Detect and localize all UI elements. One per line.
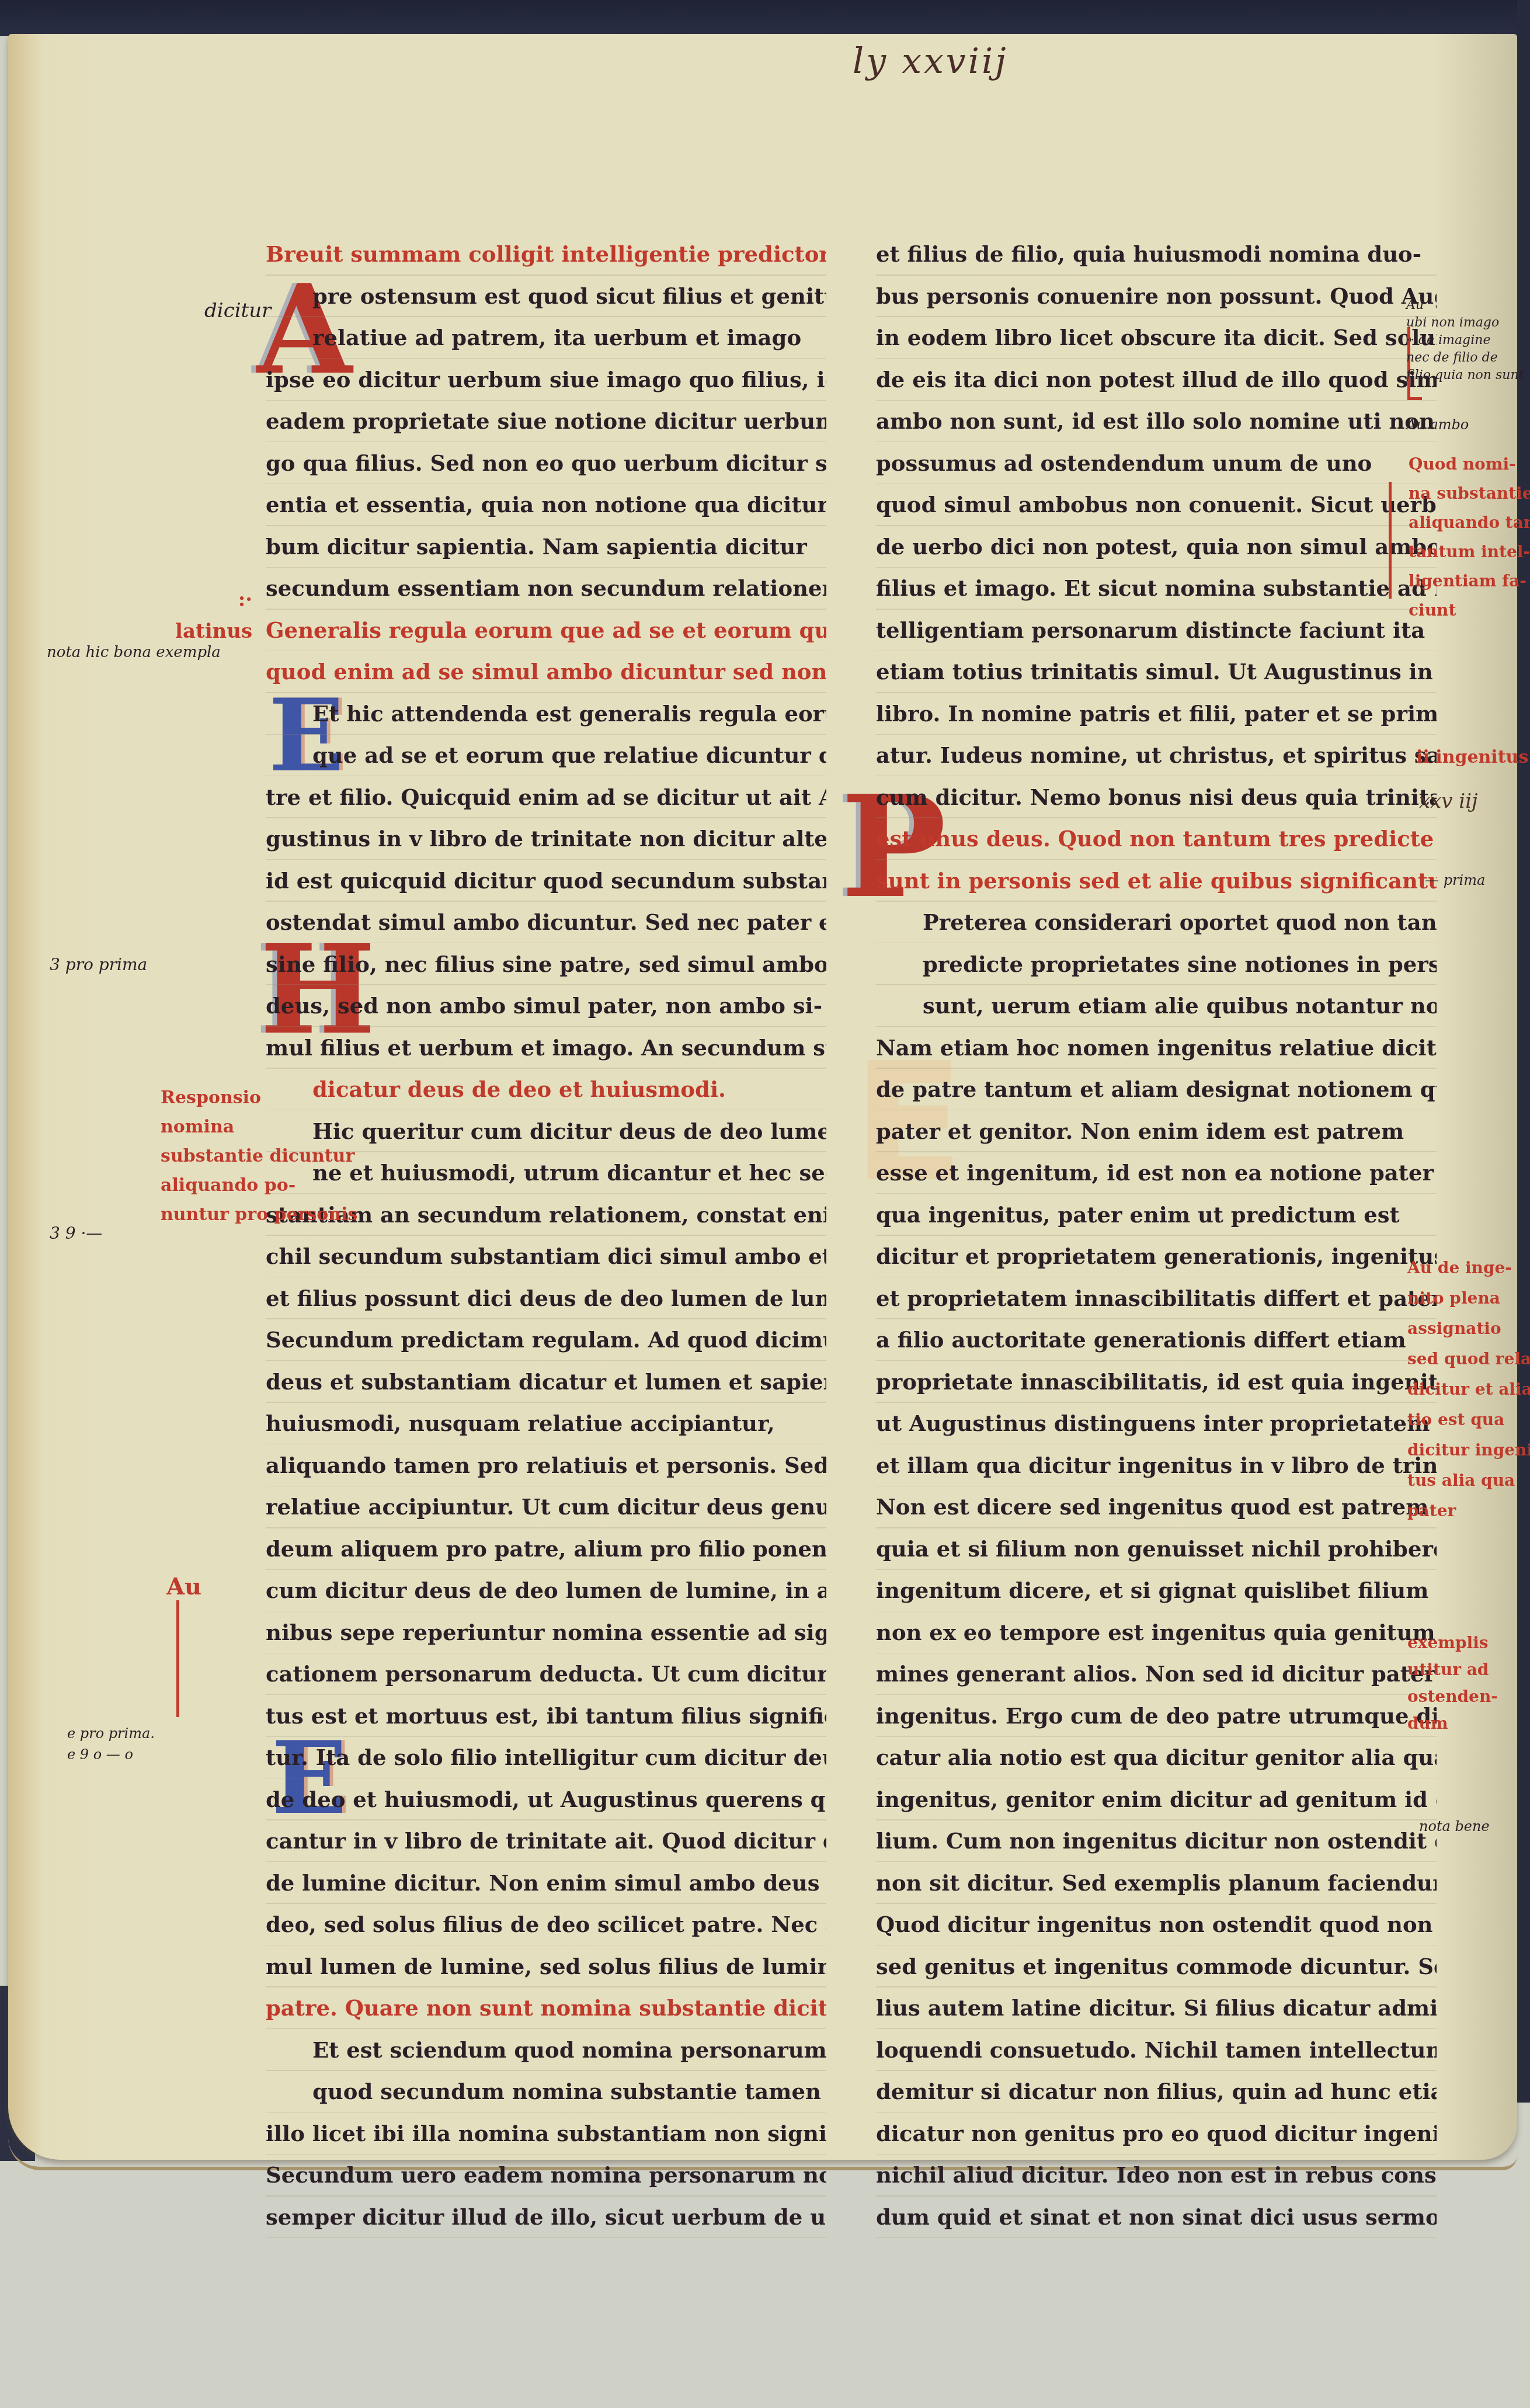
- text-line: nibus sepe reperiuntur nomina essentie a…: [266, 1612, 826, 1654]
- margin-note-right: Au ambo: [1406, 409, 1469, 440]
- text-line: gustinus in v libro de trinitate non dic…: [266, 818, 826, 860]
- text-line: Et hic attendenda est generalis regula e…: [266, 693, 826, 735]
- text-line: libro. In nomine patris et filii, pater …: [876, 693, 1437, 735]
- text-line: et filius possunt dici deus de deo lumen…: [266, 1278, 826, 1320]
- text-line: chil secundum substantiam dici simul amb…: [266, 1236, 826, 1278]
- text-line: possumus ad ostendendum unum de uno: [876, 443, 1437, 485]
- rubric-heading: est unus deus. Quod non tantum tres pred…: [876, 818, 1437, 860]
- text-line: filius et imago. Et sicut nomina substan…: [876, 568, 1437, 610]
- text-line: bus personis conuenire non possunt. Quod…: [876, 276, 1437, 318]
- margin-note-left: 3 pro prima: [50, 949, 147, 981]
- text-line: tus est et mortuus est, ibi tantum filiu…: [266, 1695, 826, 1738]
- text-line: lium. Cum non ingenitus dicitur non oste…: [876, 1820, 1437, 1863]
- rubric-heading: Generalis regula eorum que ad se et eoru…: [266, 610, 826, 652]
- text-line: atur. Iudeus nomine, ut christus, et spi…: [876, 735, 1437, 777]
- text-line: cum dicitur deus de deo lumen de lumine,…: [266, 1570, 826, 1612]
- text-line: semper dicitur illud de illo, sicut uerb…: [266, 2197, 826, 2239]
- text-line: de uerbo dici non potest, quia non simul…: [876, 526, 1437, 568]
- text-line: relatiue ad patrem, ita uerbum et imago: [266, 317, 826, 359]
- text-line: quod simul ambobus non conuenit. Sicut u…: [876, 484, 1437, 526]
- text-line: go qua filius. Sed non eo quo uerbum dic…: [266, 443, 826, 485]
- margin-note-right: — prima: [1425, 864, 1485, 896]
- text-line: ut Augustinus distinguens inter propriet…: [876, 1403, 1437, 1445]
- text-line: illo licet ibi illa nomina substantiam n…: [266, 2113, 826, 2155]
- text-line: de patre tantum et aliam designat notion…: [876, 1069, 1437, 1111]
- margin-note-right-rubric: exemplis utitur ad ostenden- dum: [1407, 1629, 1498, 1737]
- text-line: relatiue accipiuntur. Ut cum dicitur deu…: [266, 1486, 826, 1528]
- margin-note-left-rubric: Au: [166, 1571, 201, 1603]
- margin-bracket: [1389, 482, 1392, 599]
- margin-pointer-line: [176, 1600, 179, 1717]
- text-line: predicte proprietates sine notiones in p…: [876, 944, 1437, 986]
- text-line: entia et essentia, quia non notione qua …: [266, 484, 826, 526]
- text-column-left: Breuit summam colligit intelligentie pre…: [266, 234, 826, 2238]
- text-line: quod secundum nomina substantie tamen di…: [266, 2071, 826, 2113]
- rubric-heading: patre. Quare non sunt nomina substantie …: [266, 1987, 826, 2030]
- text-line: loquendi consuetudo. Nichil tamen intell…: [876, 2030, 1437, 2072]
- text-line: nichil aliud dicitur. Ideo non est in re…: [876, 2155, 1437, 2197]
- text-line: demitur si dicatur non filius, quin ad h…: [876, 2071, 1437, 2113]
- text-line: tur. Ita de solo filio intelligitur cum …: [266, 1737, 826, 1779]
- text-line: Secundum predictam regulam. Ad quod dici…: [266, 1319, 826, 1361]
- margin-note-right-rubric: Au de inge- nito plena assignatio sed qu…: [1407, 1253, 1530, 1526]
- text-line: lius autem latine dicitur. Si filius dic…: [876, 1987, 1437, 2030]
- text-column-right: et filius de filio, quia huiusmodi nomin…: [876, 234, 1437, 2238]
- text-line: bum dicitur sapientia. Nam sapientia dic…: [266, 526, 826, 568]
- text-line: de lumine dicitur. Non enim simul ambo d…: [266, 1863, 826, 1905]
- text-line: proprietate innascibilitatis, id est qui…: [876, 1361, 1437, 1403]
- text-line: de deo et huiusmodi, ut Augustinus quere…: [266, 1779, 826, 1821]
- text-line: ingenitum dicere, et si gignat quislibet…: [876, 1570, 1437, 1612]
- text-line: sine filio, nec filius sine patre, sed s…: [266, 944, 826, 986]
- text-line: secundum essentiam non secundum relation…: [266, 568, 826, 610]
- margin-note-left-rubric: Responsio nomina substantie dicuntur ali…: [161, 1083, 357, 1229]
- margin-note-right-rubric: ii ingenitus: [1416, 742, 1528, 773]
- rubric-heading: Breuit summam colligit intelligentie pre…: [266, 234, 826, 276]
- text-line: qua ingenitus, pater enim ut predictum e…: [876, 1194, 1437, 1236]
- text-line: Quod dicitur ingenitus non ostendit quod…: [876, 1904, 1437, 1946]
- text-line: tre et filio. Quicquid enim ad se dicitu…: [266, 777, 826, 819]
- text-line: Nam etiam hoc nomen ingenitus relatiue d…: [876, 1027, 1437, 1069]
- text-line: dicatur non genitus pro eo quod dicitur …: [876, 2113, 1437, 2155]
- margin-note-right: nota bene: [1419, 1811, 1490, 1842]
- text-line: deum aliquem pro patre, alium pro filio …: [266, 1528, 826, 1570]
- text-line: pater et genitor. Non enim idem est patr…: [876, 1111, 1437, 1153]
- text-line: ambo non sunt, id est illo solo nomine u…: [876, 401, 1437, 443]
- text-line: quia et si filium non genuisset nichil p…: [876, 1528, 1437, 1570]
- text-line: sunt, uerum etiam alie quibus notantur n…: [876, 985, 1437, 1027]
- text-line: Non est dicere sed ingenitus quod est pa…: [876, 1486, 1437, 1528]
- text-line: ingenitus. Ergo cum de deo patre utrumqu…: [876, 1695, 1437, 1738]
- text-line: pre ostensum est quod sicut filius et ge…: [266, 276, 826, 318]
- rubric-heading: quod enim ad se simul ambo dicuntur sed …: [266, 651, 826, 693]
- text-line: cationem personarum deducta. Ut cum dici…: [266, 1653, 826, 1695]
- text-line: etiam totius trinitatis simul. Ut August…: [876, 651, 1437, 693]
- text-line: ingenitus, genitor enim dicitur ad genit…: [876, 1779, 1437, 1821]
- text-line: Secundum uero eadem nomina personarum no…: [266, 2155, 826, 2197]
- text-line: de eis ita dici non potest illud de illo…: [876, 359, 1437, 401]
- text-line: mul filius et uerbum et imago. An secund…: [266, 1027, 826, 1069]
- text-line: telligentiam personarum distincte faciun…: [876, 610, 1437, 652]
- text-line: deo, sed solus filius de deo scilicet pa…: [266, 1904, 826, 1946]
- text-line: Preterea considerari oportet quod non ta…: [876, 902, 1437, 944]
- text-line: huiusmodi, nusquam relatiue accipiantur,: [266, 1403, 826, 1445]
- text-line: cantur in v libro de trinitate ait. Quod…: [266, 1820, 826, 1863]
- text-line: sed genitus et ingenitus commode dicuntu…: [876, 1946, 1437, 1988]
- text-line: dum quid et sinat et non sinat dici usus…: [876, 2197, 1437, 2239]
- text-line: non ex eo tempore est ingenitus quia gen…: [876, 1612, 1437, 1654]
- text-line: deus et substantiam dicatur et lumen et …: [266, 1361, 826, 1403]
- text-line: in eodem libro licet obscure ita dicit. …: [876, 317, 1437, 359]
- text-line: ipse eo dicitur uerbum siue imago quo fi…: [266, 359, 826, 401]
- text-line: mul lumen de lumine, sed solus filius de…: [266, 1946, 826, 1988]
- rubric-heading: sunt in personis sed et alie quibus sign…: [876, 860, 1437, 902]
- text-line: cum dicitur. Nemo bonus nisi deus quia t…: [876, 777, 1437, 819]
- text-line: deus, sed non ambo simul pater, non ambo…: [266, 985, 826, 1027]
- text-line: dicitur et proprietatem generationis, in…: [876, 1236, 1437, 1278]
- text-line: et proprietatem innascibilitatis differt…: [876, 1278, 1437, 1320]
- text-line: eadem proprietate siue notione dicitur u…: [266, 401, 826, 443]
- text-line: mines generant alios. Non sed id dicitur…: [876, 1653, 1437, 1695]
- margin-note-left: e pro prima. e 9 o — o: [67, 1723, 155, 1765]
- folio-number: ly xxviij: [853, 41, 1009, 82]
- text-line: esse et ingenitum, id est non ea notione…: [876, 1152, 1437, 1194]
- text-line: non sit dicitur. Sed exemplis planum fac…: [876, 1863, 1437, 1905]
- text-line: a filio auctoritate generationis differt…: [876, 1319, 1437, 1361]
- margin-note-left: 3 9 ·—: [50, 1218, 102, 1249]
- margin-note-right: Au ubi non imago ·· de imagine nec de fi…: [1406, 297, 1524, 384]
- text-line: id est quicquid dicitur quod secundum su…: [266, 860, 826, 902]
- text-line: que ad se et eorum que relatiue dicuntur…: [266, 735, 826, 777]
- text-line: et filius de filio, quia huiusmodi nomin…: [876, 234, 1437, 276]
- text-line: ostendat simul ambo dicuntur. Sed nec pa…: [266, 902, 826, 944]
- margin-note-right: xxv iij: [1419, 786, 1478, 817]
- margin-note-left: dicitur: [204, 295, 271, 326]
- text-line: Et est sciendum quod nomina personarum: [266, 2030, 826, 2072]
- margin-note-left: nota hic bona exempla: [47, 637, 221, 668]
- book-binding-top: [0, 0, 1530, 36]
- text-line: aliquando tamen pro relatiuis et personi…: [266, 1445, 826, 1487]
- text-line: catur alia notio est qua dicitur genitor…: [876, 1737, 1437, 1779]
- text-line: et illam qua dicitur ingenitus in v libr…: [876, 1445, 1437, 1487]
- margin-note-right-rubric: Quod nomi- na substantie aliquando tamen…: [1409, 450, 1530, 625]
